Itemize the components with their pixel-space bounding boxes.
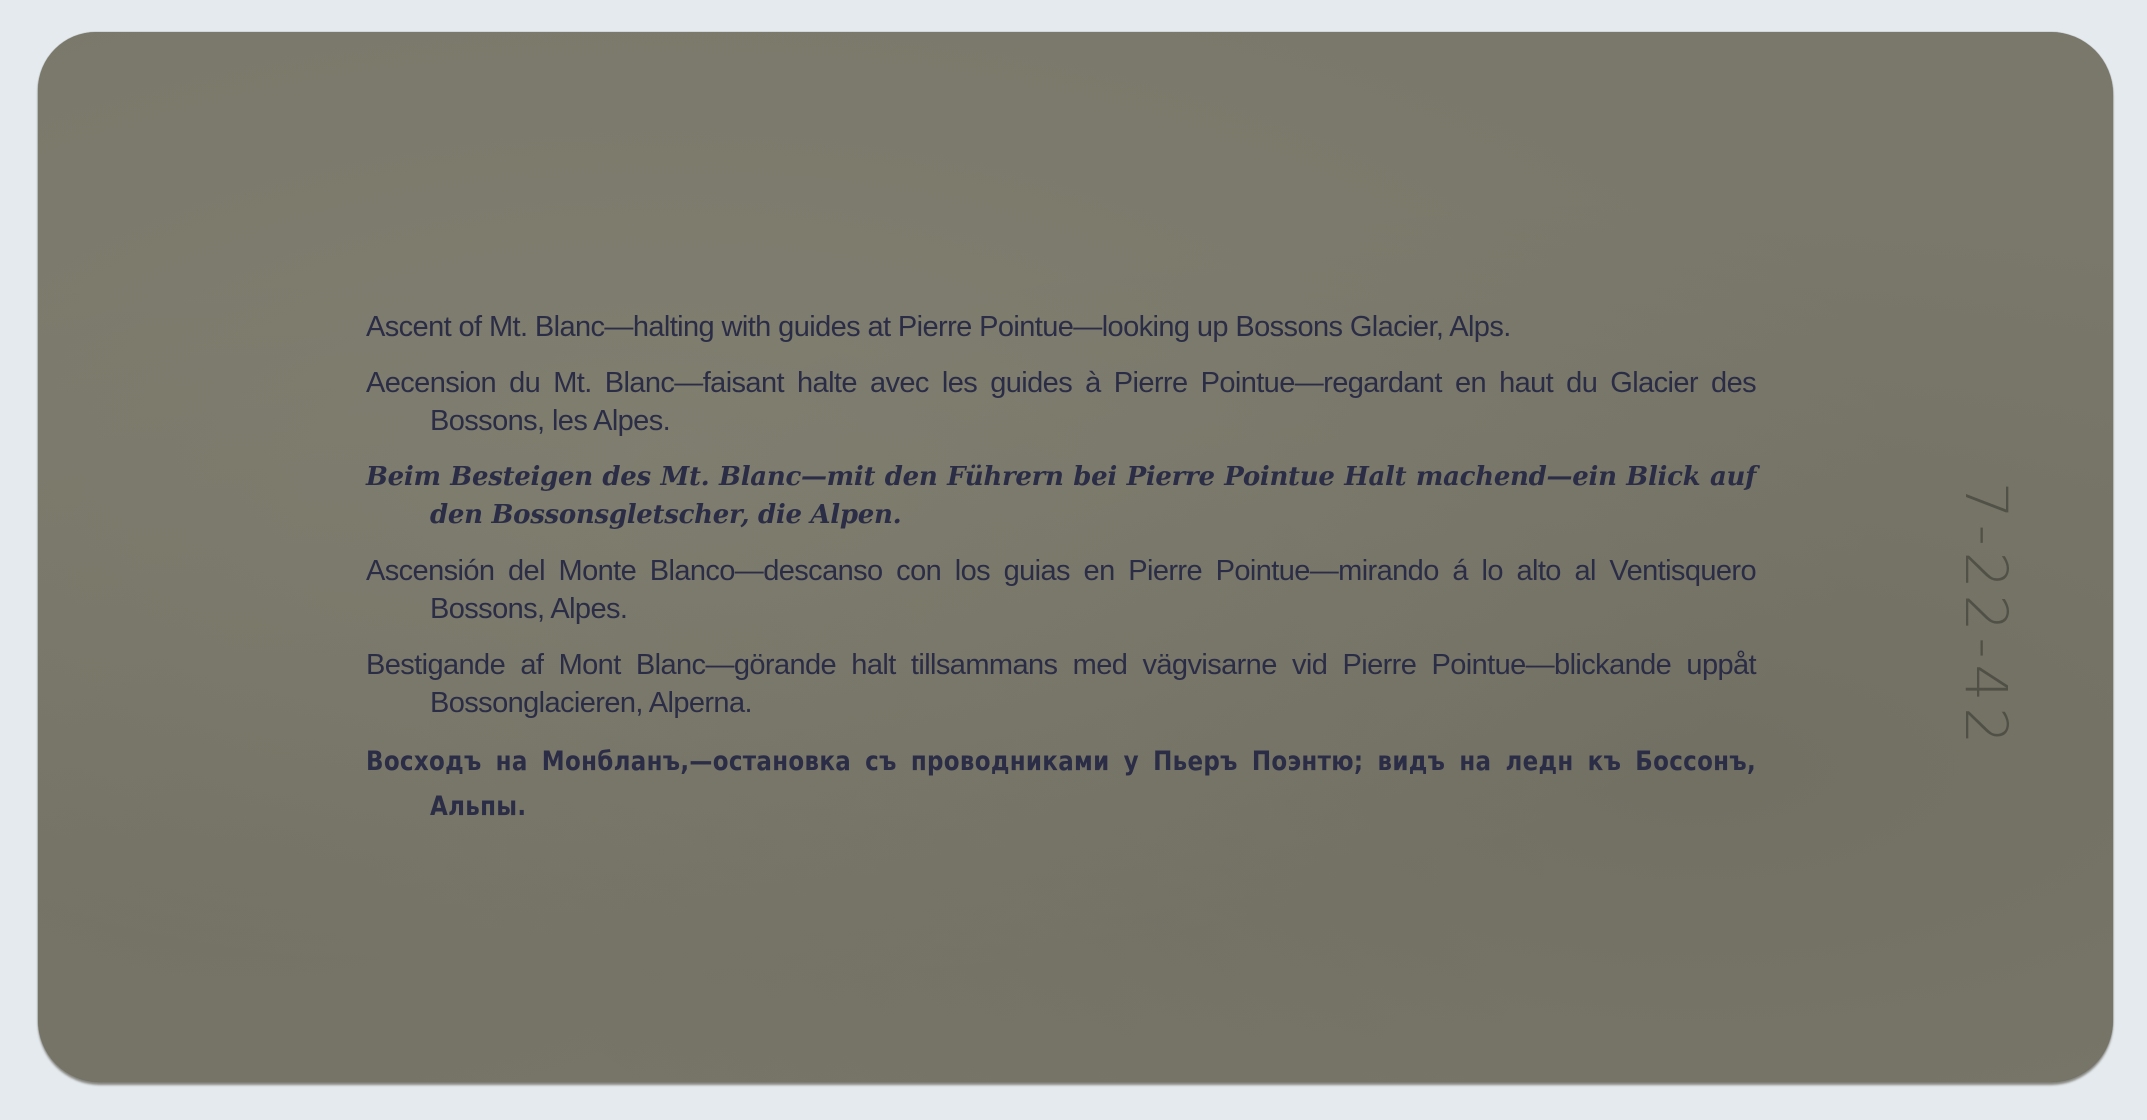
caption-french: Aecension du Mt. Blanc—faisant halte ave… [366,364,1756,440]
caption-spanish: Ascensión del Monte Blanco—descanso con … [366,552,1756,628]
handwritten-pencil-date: 7-22-42 [1952,482,2020,750]
caption-russian: Восходъ на Монбланъ,—остановка съ провод… [366,740,1756,830]
caption-english: Ascent of Mt. Blanc—halting with guides … [366,308,1756,346]
caption-german: Beim Besteigen des Mt. Blanc—mit den Füh… [366,458,1756,534]
caption-swedish: Bestigande af Mont Blanc—görande halt ti… [366,646,1756,722]
stereoview-card-back: Ascent of Mt. Blanc—halting with guides … [38,32,2113,1082]
caption-block: Ascent of Mt. Blanc—halting with guides … [366,308,1756,836]
